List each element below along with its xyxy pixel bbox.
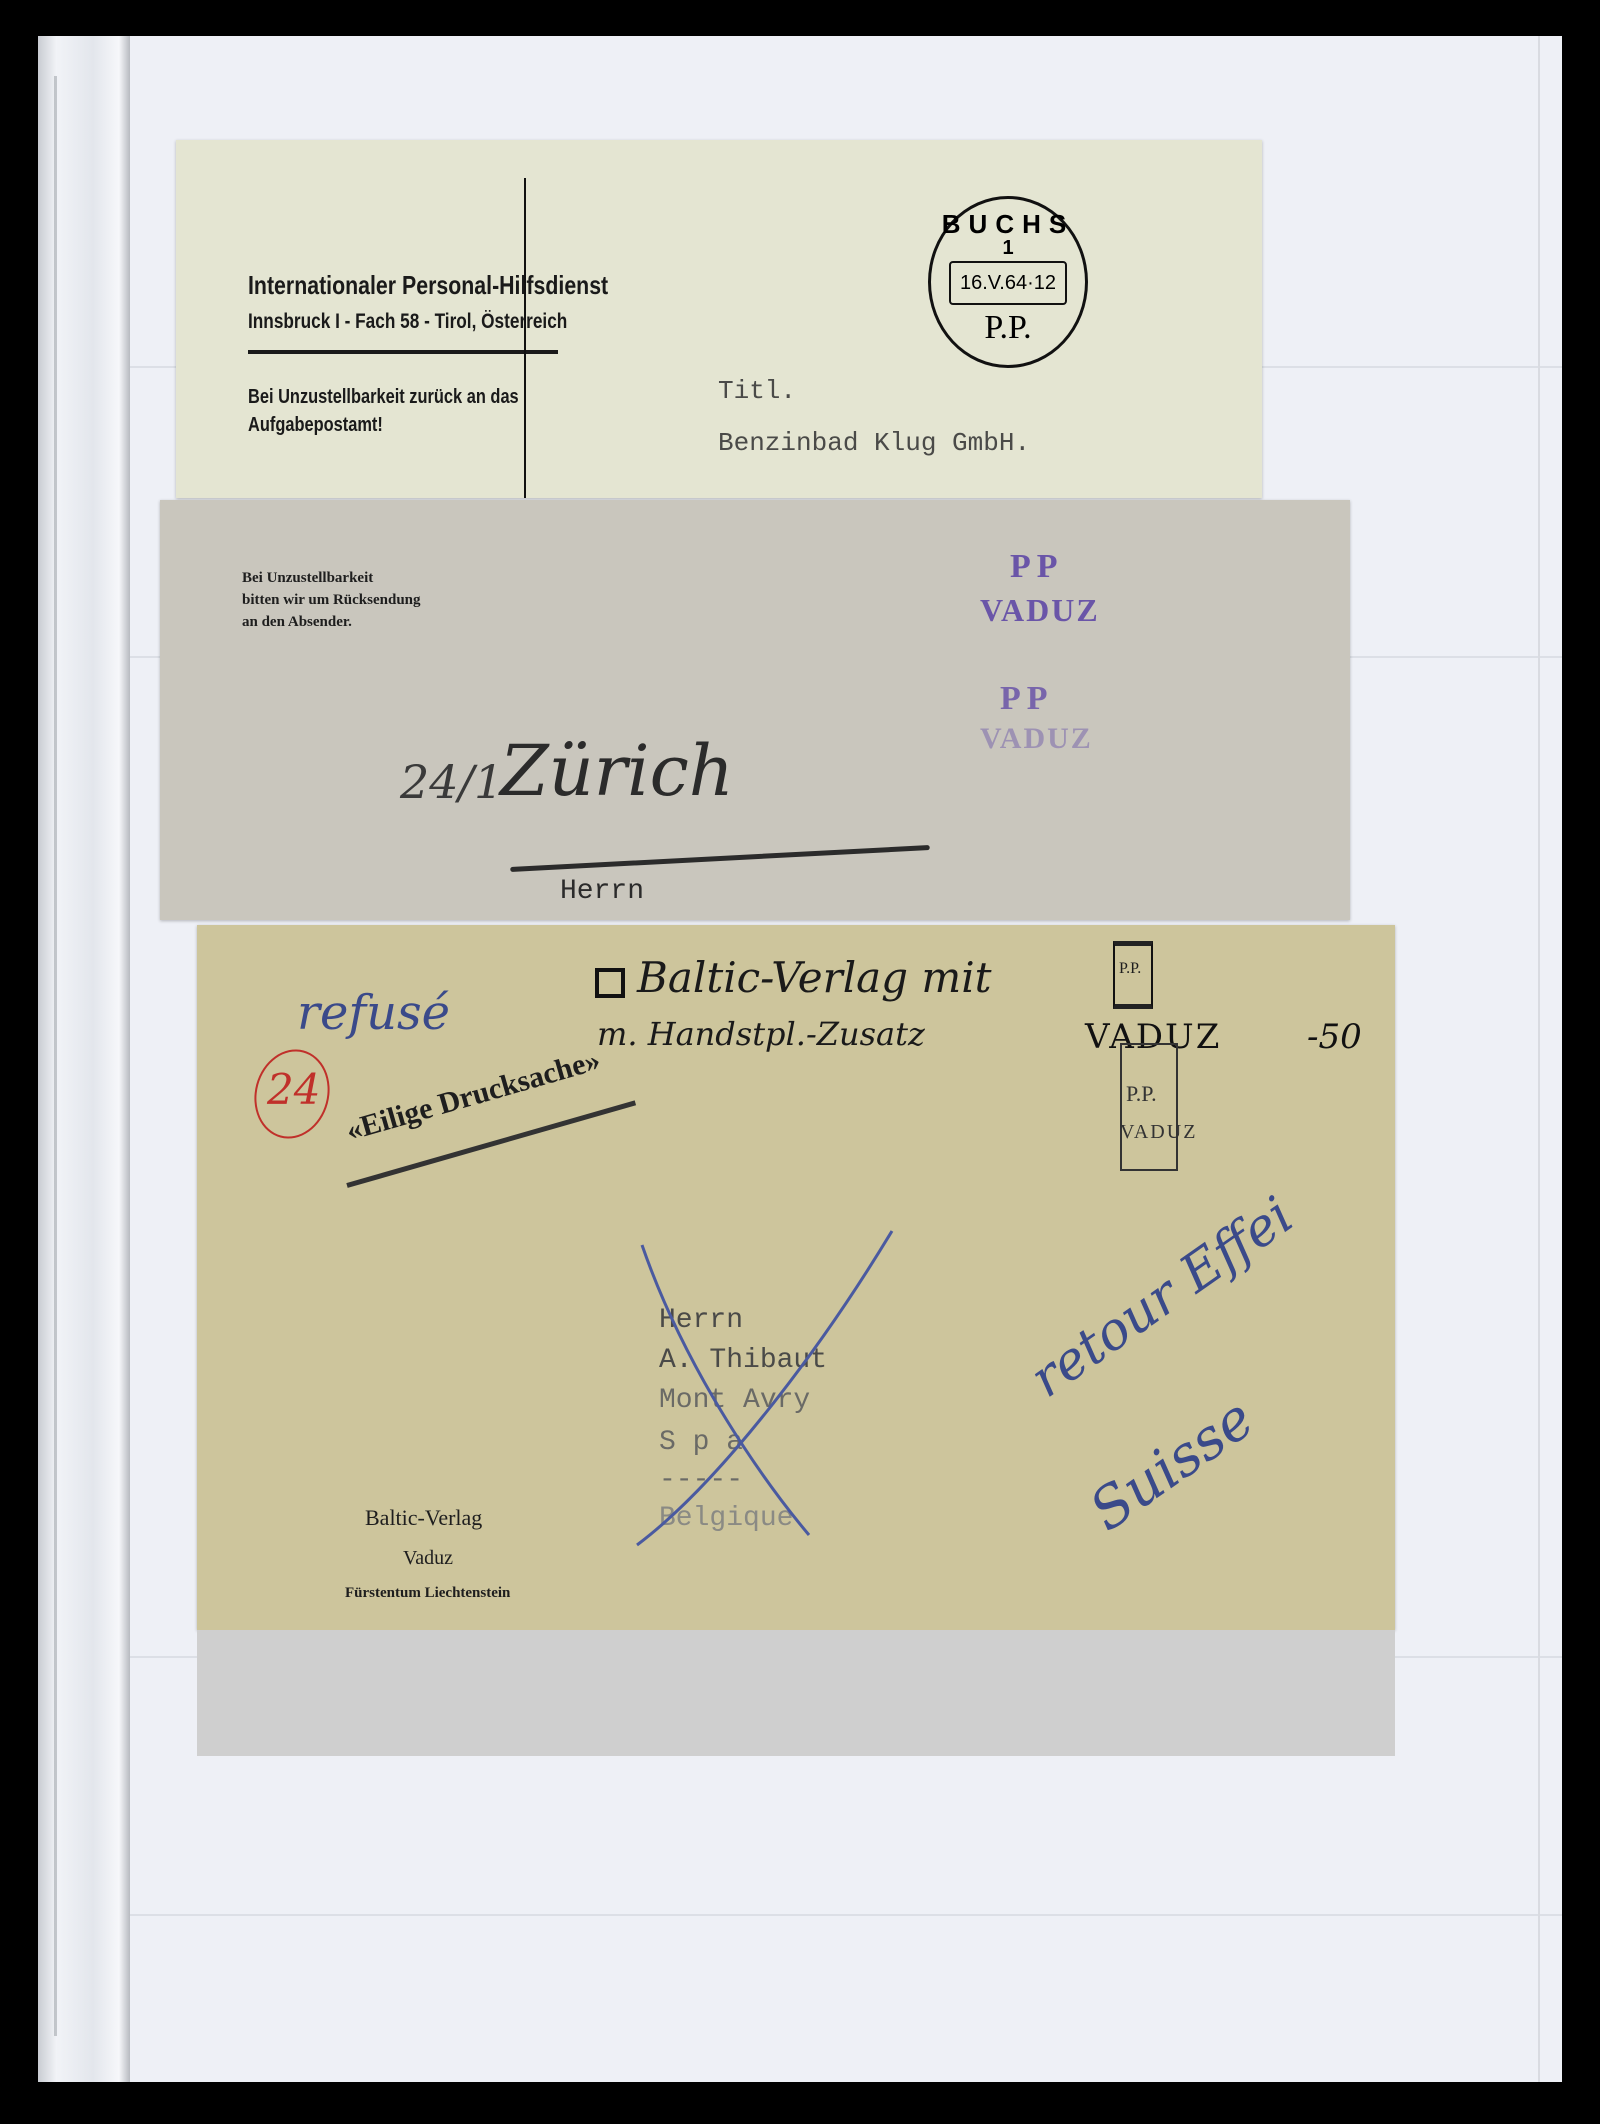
sender-title: Internationaler Personal-Hilfsdienst	[248, 270, 608, 301]
handwritten-retour: retour Effei	[1020, 1186, 1304, 1410]
pp-stamp: PP	[1010, 548, 1064, 586]
album-page: Internationaler Personal-Hilfsdienst Inn…	[38, 36, 1562, 2082]
divider-bar	[248, 350, 558, 354]
addressee-title: Titl.	[718, 376, 796, 406]
handwritten-city: Zürich	[500, 730, 734, 812]
cross-out-x-icon	[597, 1225, 917, 1565]
binding-edge	[54, 76, 57, 2036]
addressee-name: Benzinbad Klug GmbH.	[718, 428, 1030, 458]
cover-innsbruck: Internationaler Personal-Hilfsdienst Inn…	[176, 140, 1262, 498]
sender-name: Baltic-Verlag	[365, 1505, 482, 1531]
boxed-pp-stamp: P.P. VADUZ	[1120, 1043, 1178, 1171]
postmark-number: 1	[931, 237, 1085, 260]
album-binding	[38, 36, 130, 2082]
postmark-town: BUCHS	[931, 209, 1085, 240]
postmark-date: 16.V.64·12	[949, 261, 1067, 305]
handwritten-refuse: refusé	[297, 985, 450, 1041]
return-note: Aufgabepostamt!	[248, 414, 383, 437]
vaduz-stamp: VADUZ	[980, 722, 1093, 756]
pp-stamp: PP	[1000, 680, 1054, 718]
handwritten-note: Baltic-Verlag mit	[637, 953, 992, 1002]
return-note: Bei Unzustellbarkeit zurück an das	[248, 386, 519, 409]
boxed-pp: P.P.	[1126, 1081, 1157, 1107]
handwritten-price: -50	[1307, 1017, 1362, 1057]
sender-address: Innsbruck I - Fach 58 - Tirol, Österreic…	[248, 310, 567, 334]
return-note: an den Absender.	[242, 614, 352, 631]
handwritten-date: 24/1	[400, 755, 503, 809]
vaduz-stamp: VADUZ	[980, 592, 1100, 629]
pp-box-stamp: P.P.	[1113, 941, 1153, 1009]
strip-divider	[130, 1914, 1562, 1916]
postmark-pp: P.P.	[931, 309, 1085, 347]
underline-stroke	[510, 845, 930, 872]
red-number: 24	[267, 1065, 320, 1114]
card-sleeve-shadow	[197, 1630, 1395, 1756]
checkbox-x-icon	[595, 968, 625, 998]
addressee: Herrn	[560, 876, 644, 907]
cover-vaduz-gray: Bei Unzustellbarkeit bitten wir um Rücks…	[160, 500, 1350, 920]
boxed-town: VADUZ	[1120, 1121, 1197, 1144]
handwritten-suisse: Suisse	[1078, 1386, 1265, 1544]
handwritten-note: m. Handstpl.-Zusatz	[597, 1015, 925, 1053]
vertical-rule	[524, 178, 526, 498]
sender-country: Fürstentum Liechtenstein	[345, 1585, 510, 1602]
eilige-drucksache-label: «Eilige Drucksache»	[342, 1043, 604, 1148]
cover-baltic-verlag: 24 refusé Baltic-Verlag mit m. Handstpl.…	[197, 925, 1395, 1630]
return-note: Bei Unzustellbarkeit	[242, 570, 373, 587]
pp-box-label: P.P.	[1119, 960, 1141, 978]
sender-city: Vaduz	[403, 1547, 453, 1570]
page-edge	[1538, 36, 1540, 2082]
postmark-circle: BUCHS 1 16.V.64·12 P.P.	[928, 196, 1088, 368]
return-note: bitten wir um Rücksendung	[242, 592, 421, 609]
